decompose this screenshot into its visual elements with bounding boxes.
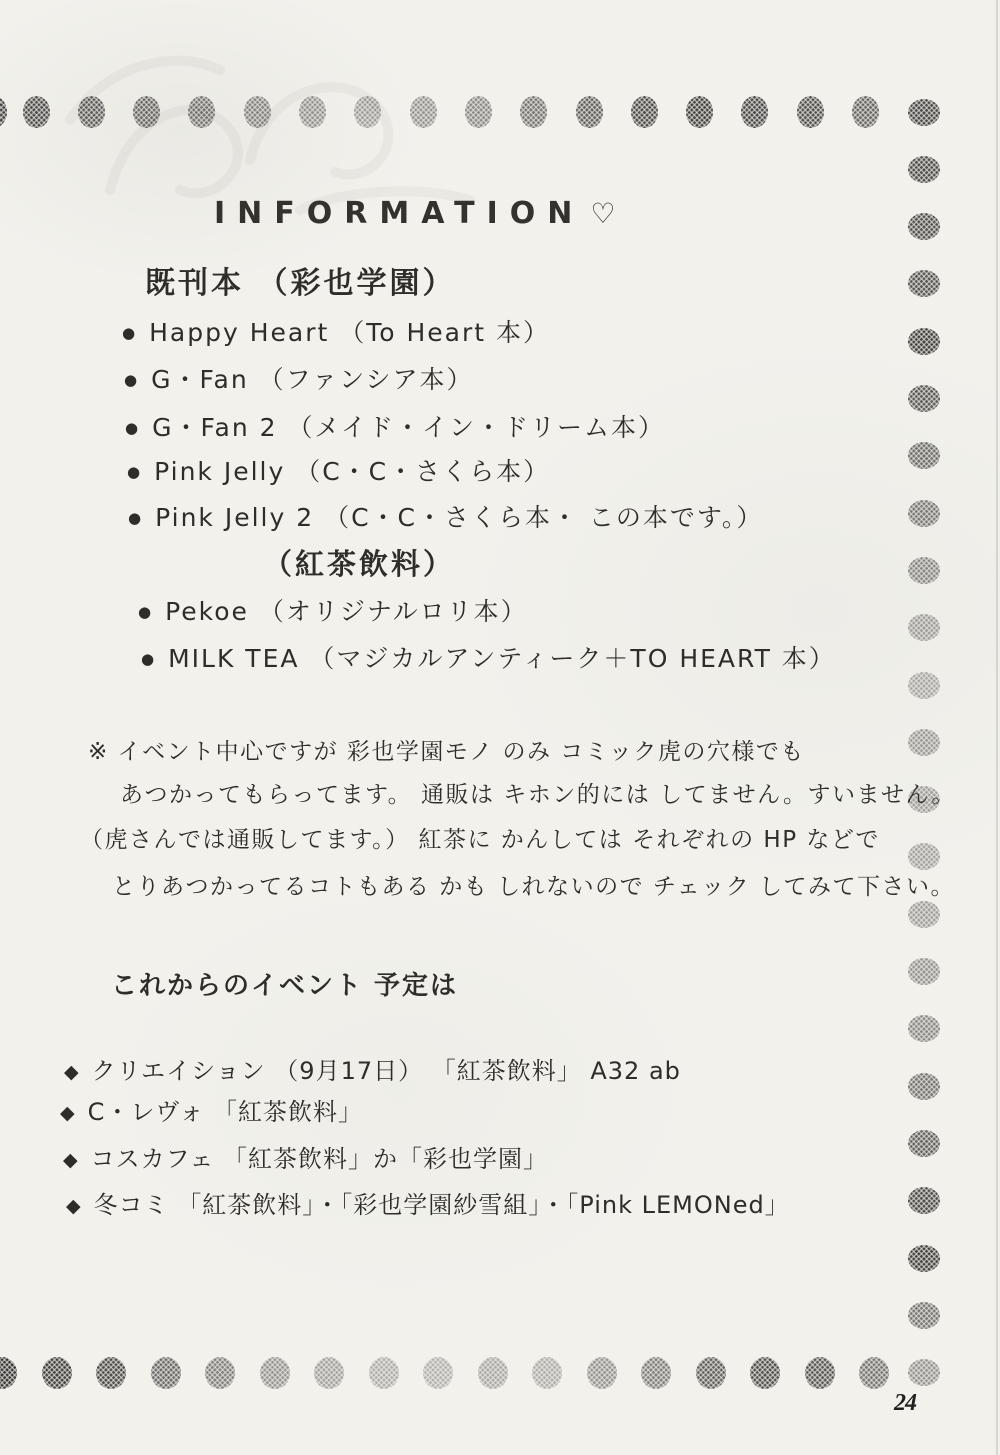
halftone-dot — [532, 1357, 562, 1389]
halftone-dot — [908, 99, 940, 126]
halftone-dot — [908, 901, 940, 928]
heart-icon: ♡ — [590, 197, 615, 230]
halftone-dot — [78, 96, 105, 128]
halftone-dot — [369, 1357, 399, 1389]
availability-note-line: あつかってもらってます。 通販は キホン的には してません。すいません。 — [120, 782, 956, 810]
halftone-dot — [423, 1357, 453, 1389]
halftone-dot — [96, 1357, 126, 1389]
bullet-dot-icon: ● — [141, 650, 156, 668]
halftone-dot — [908, 500, 940, 527]
halftone-dot — [908, 385, 940, 412]
book-list-item: ●Pekoe （オリジナルロリ本） — [138, 597, 528, 627]
halftone-dot — [520, 96, 547, 128]
halftone-dot — [908, 614, 940, 641]
halftone-dot — [908, 1187, 940, 1214]
event-list-item: ◆クリエイション （9月17日） 「紅茶飲料」 A32 ab — [64, 1057, 681, 1086]
halftone-dot — [354, 96, 381, 128]
bullet-dot-icon: ● — [127, 463, 142, 481]
halftone-dot — [852, 96, 879, 128]
halftone-dot — [908, 843, 940, 870]
halftone-dot — [465, 96, 492, 128]
halftone-dot — [797, 96, 824, 128]
event-label: クリエイション （9月17日） 「紅茶飲料」 A32 ab — [92, 1057, 681, 1085]
page-number: 24 — [894, 1390, 916, 1417]
halftone-dot — [859, 1357, 889, 1389]
book-list-item: ●G・Fan 2 （メイド・イン・ドリーム本） — [125, 413, 665, 443]
halftone-dot — [908, 270, 940, 297]
book-list-item: ●G・Fan （ファンシア本） — [124, 365, 474, 395]
halftone-dot — [42, 1357, 72, 1389]
bullet-dot-icon: ● — [125, 419, 140, 437]
availability-note-line: （虎さんでは通販してます。） 紅茶に かんしては それぞれの HP などで — [80, 827, 880, 855]
halftone-dot — [908, 958, 940, 985]
availability-note-line: ※ イベント中心ですが 彩也学園モノ のみ コミック虎の穴様でも — [88, 739, 805, 767]
page-title-text: INFORMATION — [214, 196, 584, 231]
book-title: G・Fan 2 （メイド・イン・ドリーム本） — [152, 413, 665, 442]
book-list-item: ●MILK TEA （マジカルアンティーク＋TO HEART 本） — [141, 644, 836, 674]
halftone-dot — [696, 1357, 726, 1389]
halftone-dot — [908, 1359, 940, 1386]
halftone-dot — [641, 1357, 671, 1389]
halftone-dot — [908, 672, 940, 699]
upcoming-events-heading: これからのイベント 予定は — [111, 971, 458, 1002]
halftone-dot — [478, 1357, 508, 1389]
halftone-dot — [410, 96, 437, 128]
event-label: C・レヴォ 「紅茶飲料」 — [88, 1098, 363, 1126]
diamond-bullet-icon: ◆ — [64, 1061, 80, 1083]
scan-edge-line — [996, 0, 998, 1455]
book-title: Happy Heart （To Heart 本） — [149, 318, 550, 347]
diamond-bullet-icon: ◆ — [63, 1149, 79, 1171]
halftone-dot — [133, 96, 160, 128]
event-list-item: ◆コスカフェ 「紅茶飲料」か「彩也学園」 — [63, 1145, 548, 1174]
event-list-item: ◆C・レヴォ 「紅茶飲料」 — [60, 1098, 363, 1127]
event-label: 冬コミ 「紅茶飲料」・「彩也学園紗雪組」・「Pink LEMONed」 — [94, 1191, 790, 1219]
halftone-dot — [576, 96, 603, 128]
halftone-dot — [0, 96, 7, 128]
diamond-bullet-icon: ◆ — [60, 1102, 76, 1124]
book-title: G・Fan （ファンシア本） — [151, 365, 473, 394]
book-title: MILK TEA （マジカルアンティーク＋TO HEART 本） — [168, 644, 836, 673]
halftone-dot — [314, 1357, 344, 1389]
halftone-dot — [299, 96, 326, 128]
doujin-information-page: INFORMATION♡ 既刊本 （彩也学園） ●Happy Heart （To… — [0, 0, 1000, 1455]
halftone-dot — [908, 1302, 940, 1329]
bullet-dot-icon: ● — [124, 371, 139, 389]
book-title: Pekoe （オリジナルロリ本） — [165, 597, 528, 626]
halftone-dot — [908, 156, 940, 183]
halftone-dot — [908, 557, 940, 584]
halftone-dot — [908, 1130, 940, 1157]
bullet-dot-icon: ● — [138, 603, 153, 621]
book-title: Pink Jelly 2 （C・C・さくら本・ この本です。） — [155, 503, 763, 532]
book-series-subheading: （紅茶飲料） — [263, 547, 455, 582]
halftone-dot — [260, 1357, 290, 1389]
halftone-dot — [908, 1245, 940, 1272]
published-books-heading: 既刊本 （彩也学園） — [145, 266, 455, 302]
halftone-dot — [23, 96, 50, 128]
halftone-dot — [205, 1357, 235, 1389]
halftone-dot — [805, 1357, 835, 1389]
halftone-dot — [908, 328, 940, 355]
halftone-dot — [151, 1357, 181, 1389]
book-list-item: ●Happy Heart （To Heart 本） — [122, 318, 550, 348]
halftone-dot — [908, 729, 940, 756]
book-list-item: ●Pink Jelly 2 （C・C・さくら本・ この本です。） — [128, 503, 763, 533]
halftone-dot — [686, 96, 713, 128]
book-title: Pink Jelly （C・C・さくら本） — [154, 457, 550, 486]
halftone-dot — [908, 442, 940, 469]
event-list-item: ◆冬コミ 「紅茶飲料」・「彩也学園紗雪組」・「Pink LEMONed」 — [66, 1191, 790, 1220]
halftone-dot — [631, 96, 658, 128]
event-label: コスカフェ 「紅茶飲料」か「彩也学園」 — [91, 1145, 548, 1173]
halftone-dot — [188, 96, 215, 128]
diamond-bullet-icon: ◆ — [66, 1195, 82, 1217]
halftone-dot — [908, 1015, 940, 1042]
halftone-dot — [908, 1073, 940, 1100]
halftone-dot — [750, 1357, 780, 1389]
page-title: INFORMATION♡ — [214, 196, 615, 232]
halftone-dot — [741, 96, 768, 128]
bullet-dot-icon: ● — [122, 324, 137, 342]
halftone-dot — [0, 1357, 17, 1389]
halftone-dot — [908, 213, 940, 240]
availability-note-line: とりあつかってるコトもある かも しれないので チェック してみて下さい。 — [112, 874, 955, 902]
halftone-dot — [244, 96, 271, 128]
halftone-dot — [587, 1357, 617, 1389]
bullet-dot-icon: ● — [128, 509, 143, 527]
book-list-item: ●Pink Jelly （C・C・さくら本） — [127, 457, 550, 487]
